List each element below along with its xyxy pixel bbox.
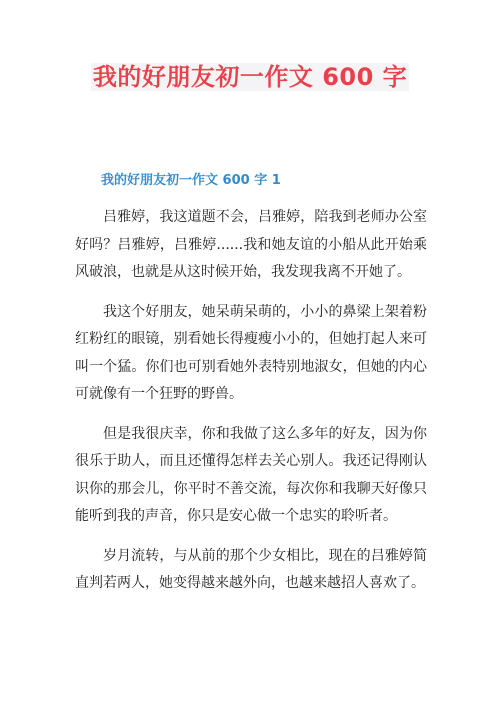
paragraph-2: 我这个好朋友，她呆萌呆萌的，小小的鼻梁上架着粉红粉红的眼镜，别看她长得瘦瘦小小的… [75,299,427,409]
paragraph-4: 岁月流转，与从前的那个少女相比，现在的吕雅婷简直判若两人，她变得越来越外向，也越… [75,543,427,598]
paragraph-1: 吕雅婷，我这道题不会，吕雅婷，陪我到老师办公室好吗？吕雅婷，吕雅婷......我… [75,204,427,287]
document-title-text: 我的好朋友初一作文 600 字 [91,63,409,91]
document-body: 吕雅婷，我这道题不会，吕雅婷，陪我到老师办公室好吗？吕雅婷，吕雅婷......我… [75,204,427,610]
document-page: 我的好朋友初一作文 600 字 我的好朋友初一作文 600 字 1 吕雅婷，我这… [0,0,500,708]
document-title: 我的好朋友初一作文 600 字 [0,62,500,92]
section-heading: 我的好朋友初一作文 600 字 1 [101,172,281,190]
paragraph-3: 但是我很庆幸，你和我做了这么多年的好友，因为你很乐于助人，而且还懂得怎样去关心别… [75,421,427,531]
